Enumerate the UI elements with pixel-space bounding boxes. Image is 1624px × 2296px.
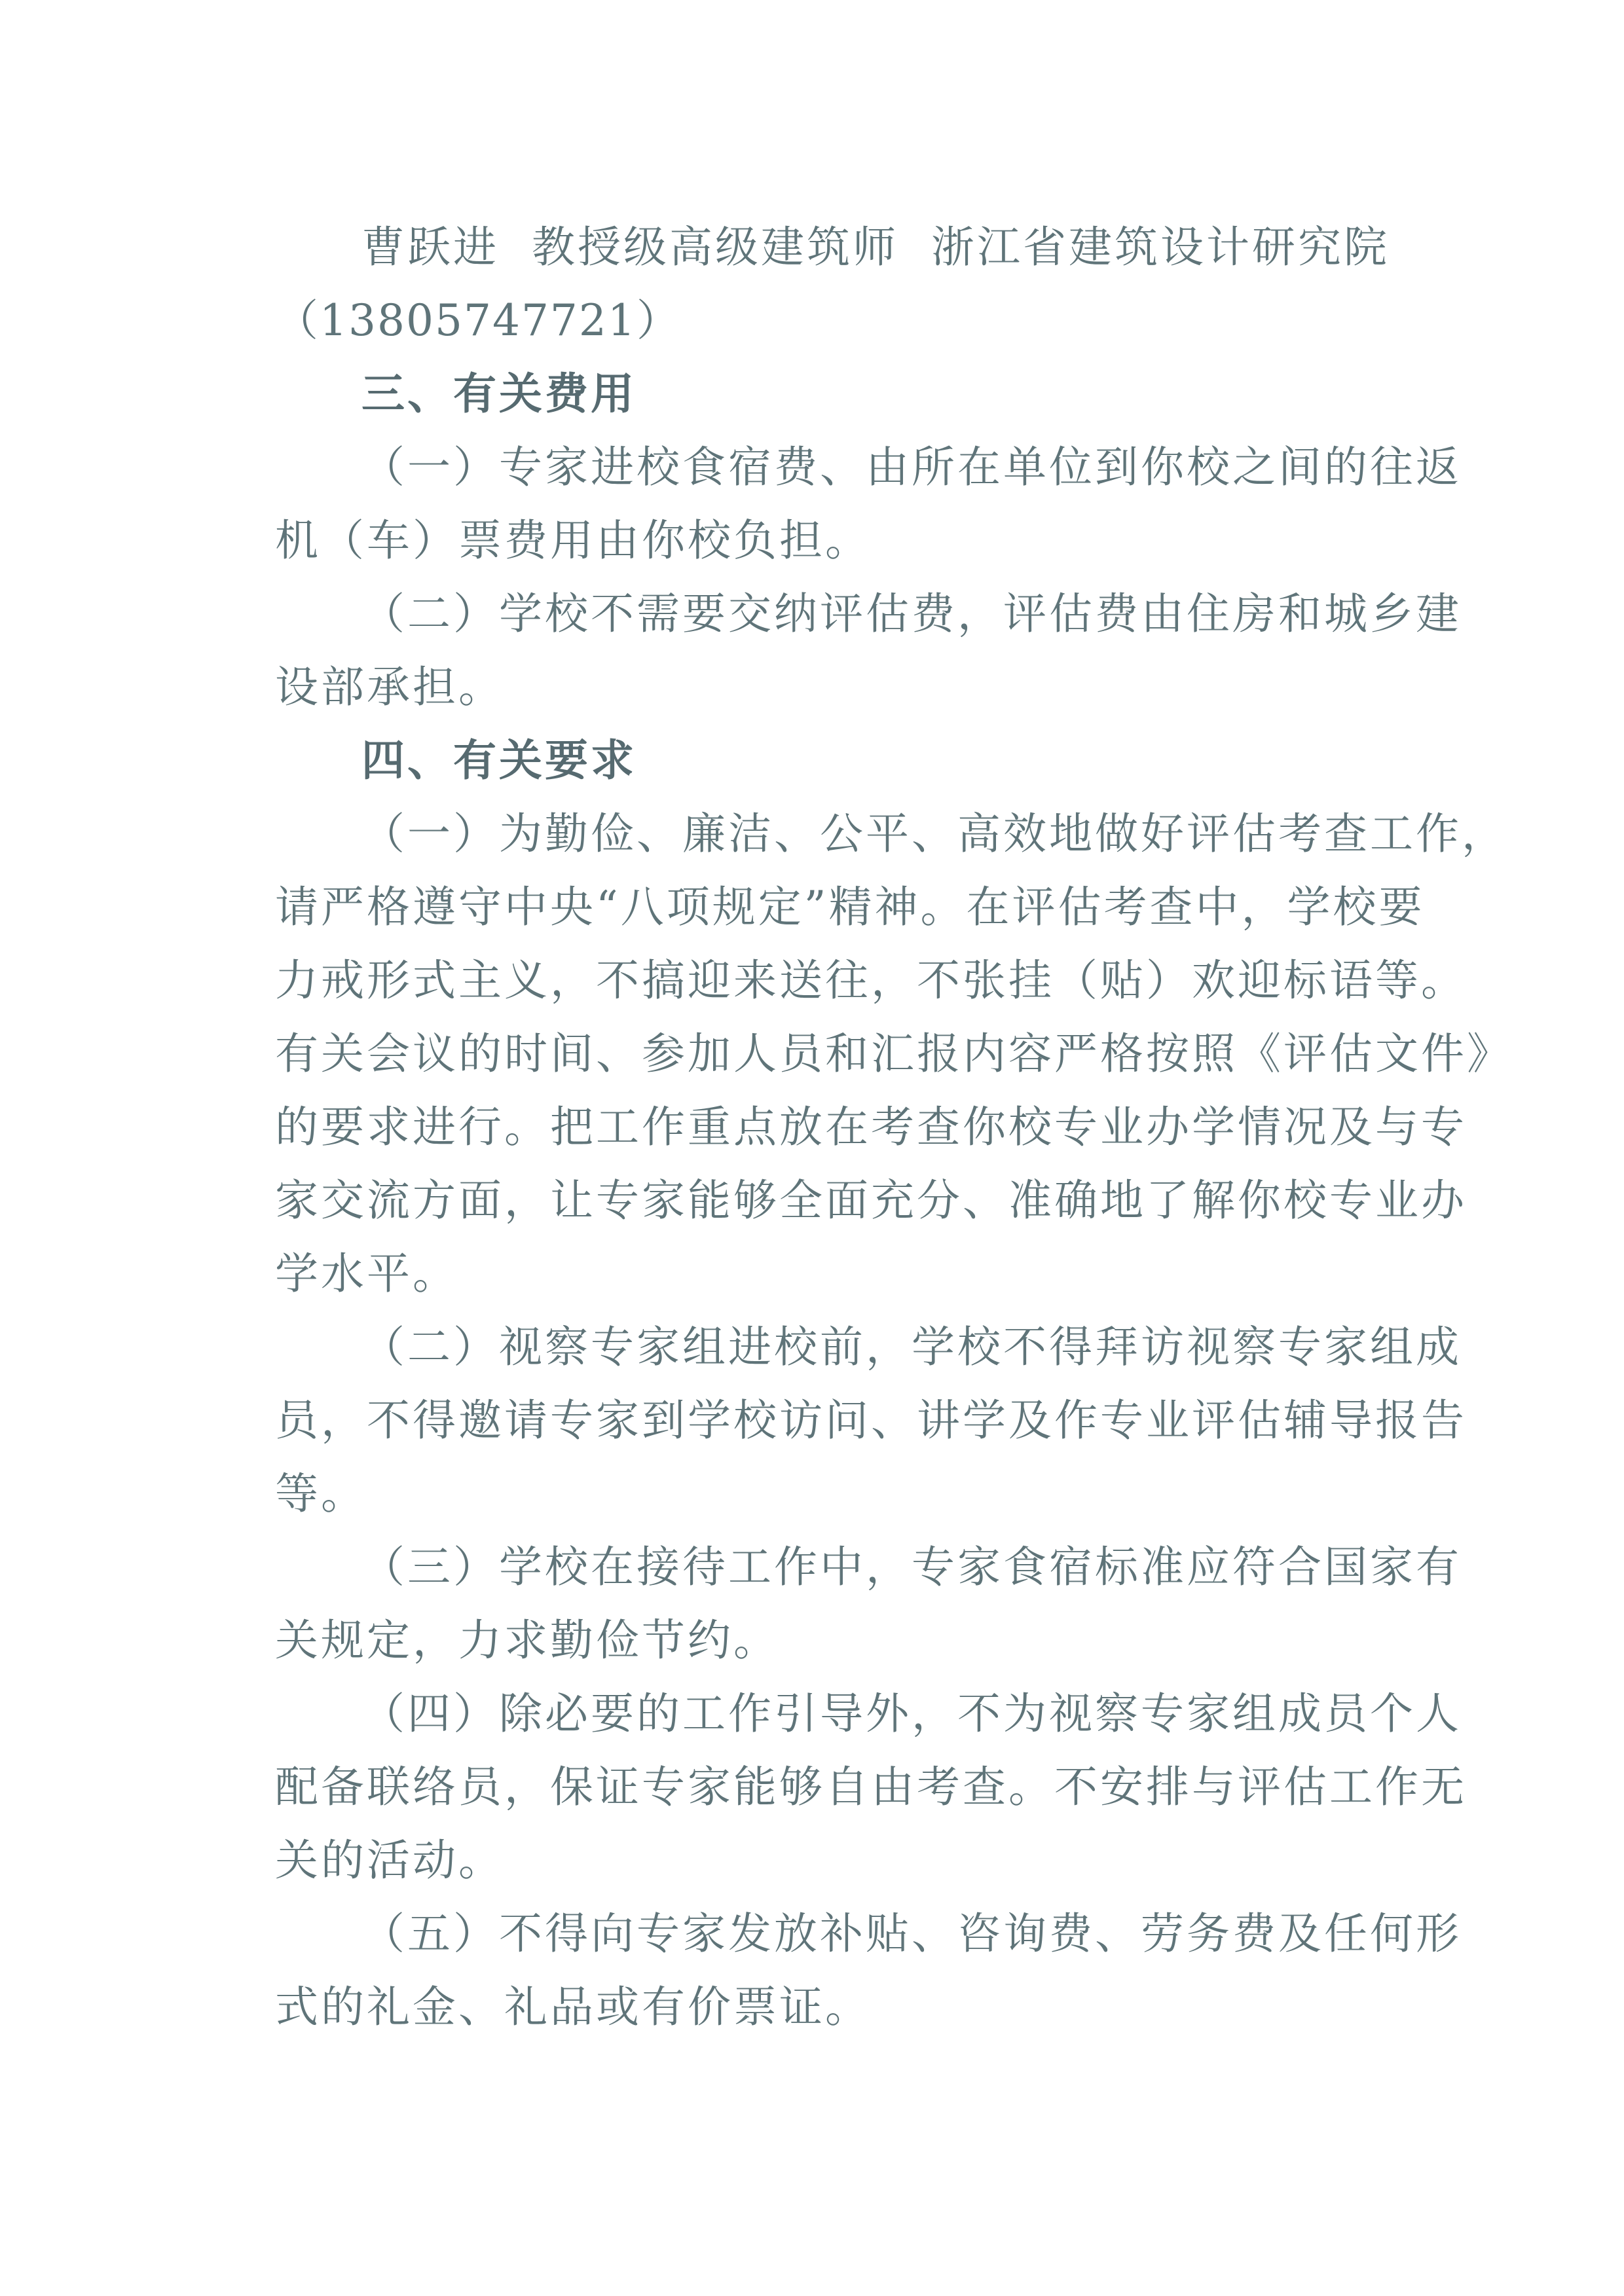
paragraph-line: 有关会议的时间、参加人员和汇报内容严格按照《评估文件》 [275,1017,1414,1091]
section-4-item-2: （二）视察专家组进校前，学校不得拜访视察专家组成 员，不得邀请专家到学校访问、讲… [275,1311,1414,1531]
expert-name: 曹跃进 [361,222,499,272]
paragraph-line: 机（车）票费用由你校负担。 [275,504,1414,577]
section-4-item-5: （五）不得向专家发放补贴、咨询费、劳务费及任何形 式的礼金、礼品或有价票证。 [275,1897,1414,2044]
paragraph-line: 等。 [275,1457,1414,1531]
paragraph-line: 配备联络员，保证专家能够自由考查。不安排与评估工作无 [275,1751,1414,1824]
paragraph-line: 式的礼金、礼品或有价票证。 [275,1971,1414,2044]
paragraph-line: 的要求进行。把工作重点放在考查你校专业办学情况及与专 [275,1091,1414,1164]
paragraph-line: （一）为勤俭、廉洁、公平、高效地做好评估考查工作， [275,797,1414,871]
paragraph-line: （三）学校在接待工作中，专家食宿标准应符合国家有 [275,1531,1414,1604]
paragraph-line: 关的活动。 [275,1824,1414,1897]
section-3-item-2: （二）学校不需要交纳评估费，评估费由住房和城乡建 设部承担。 [275,577,1414,724]
paragraph-line: （四）除必要的工作引导外，不为视察专家组成员个人 [275,1677,1414,1751]
section-4-heading: 四、有关要求 [275,724,1414,797]
paragraph-line: （二）视察专家组进校前，学校不得拜访视察专家组成 [275,1311,1414,1384]
section-4-item-3: （三）学校在接待工作中，专家食宿标准应符合国家有 关规定，力求勤俭节约。 [275,1531,1414,1677]
document-page: 曹跃进教授级高级建筑师浙江省建筑设计研究院 （13805747721） 三、有关… [275,211,1414,2044]
section-3-heading: 三、有关费用 [275,357,1414,431]
paragraph-line: 力戒形式主义，不搞迎来送往，不张挂（贴）欢迎标语等。 [275,944,1414,1017]
section-3-item-1: （一）专家进校食宿费、由所在单位到你校之间的往返 机（车）票费用由你校负担。 [275,431,1414,577]
paragraph-line: 学水平。 [275,1237,1414,1311]
paragraph-line: 家交流方面，让专家能够全面充分、准确地了解你校专业办 [275,1164,1414,1237]
expert-org: 浙江省建筑设计研究院 [931,222,1390,272]
paragraph-line: （五）不得向专家发放补贴、咨询费、劳务费及任何形 [275,1897,1414,1971]
paragraph-line: 关规定，力求勤俭节约。 [275,1604,1414,1677]
expert-entry: 曹跃进教授级高级建筑师浙江省建筑设计研究院 [275,211,1414,284]
section-4-item-4: （四）除必要的工作引导外，不为视察专家组成员个人 配备联络员，保证专家能够自由考… [275,1677,1414,1897]
paragraph-line: （二）学校不需要交纳评估费，评估费由住房和城乡建 [275,577,1414,651]
paragraph-line: 请严格遵守中央“八项规定”精神。在评估考查中，学校要 [275,871,1414,944]
expert-phone: （13805747721） [275,284,1414,357]
section-4-item-1: （一）为勤俭、廉洁、公平、高效地做好评估考查工作， 请严格遵守中央“八项规定”精… [275,797,1414,1311]
paragraph-line: 员，不得邀请专家到学校访问、讲学及作专业评估辅导报告 [275,1384,1414,1457]
paragraph-line: （一）专家进校食宿费、由所在单位到你校之间的往返 [275,431,1414,504]
paragraph-line: 设部承担。 [275,651,1414,724]
expert-title: 教授级高级建筑师 [532,222,898,272]
